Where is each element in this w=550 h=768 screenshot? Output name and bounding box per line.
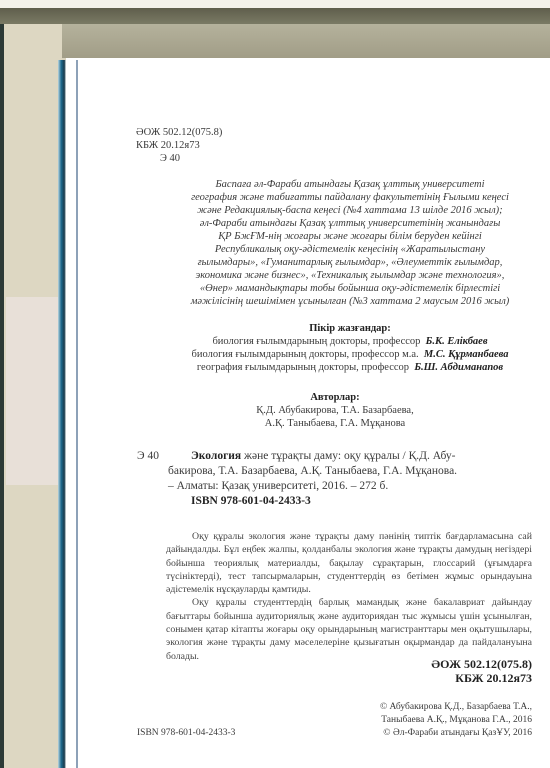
copyright-line: © Әл-Фараби атындағы ҚазҰУ, 2016 [300,727,532,740]
approval-line: әл-Фараби атындағы Қазақ ұлттық универси… [150,217,550,230]
reviewer-name: Б.Ш. Абдиманапов [414,362,503,373]
reviewer-line: биология ғылымдарының докторы, профессор… [150,348,550,361]
approval-line: экономика және бизнес», «Техникалық ғылы… [150,269,550,282]
reviewers-heading: Пікір жазғандар: [150,322,550,335]
approval-line: ғылымдары», «Гуманитарлық ғылымдар», «Әл… [150,256,550,269]
scan-left-edge [0,24,4,768]
lbc-code: КБЖ 20.12я73 [136,139,200,152]
abstract-paragraph: Оқу құралы экология және тұрақты даму пә… [166,530,532,596]
footer-isbn: ISBN 978-601-04-2433-3 [137,727,235,740]
scan-left-paper-fragment [6,297,58,485]
approval-line: Республикалық оқу-әдістемелік кеңесінің … [150,243,550,256]
approval-line: және Редакциялық-баспа кеңесі (№4 хаттам… [150,204,550,217]
bib-title-line: Экология және тұрақты даму: оқу құралы /… [191,450,455,463]
author-mark: Э 40 [160,152,180,165]
copyright-line: © Абубакирова Қ.Д., Базарбаева Т.А., [300,701,532,714]
lbc-bottom: КБЖ 20.12я73 [300,672,532,685]
reviewer-title: биология ғылымдарының докторы, профессор… [192,349,419,360]
udc-bottom: ӘОЖ 502.12(075.8) [300,658,532,671]
authors-heading: Авторлар: [175,391,495,404]
reviewer-title: география ғылымдарының докторы, профессо… [197,362,409,373]
authors-line: А.Қ. Таныбаева, Г.А. Мұқанова [175,417,495,430]
page-margin-line [76,60,78,768]
approval-line: ҚР БжҒМ-нің жоғары және жоғары білім бер… [150,230,550,243]
copyright-line: Таныбаева А.Қ., Мұқанова Г.А., 2016 [300,714,532,727]
reviewer-title: биология ғылымдарының докторы, профессор [212,336,420,347]
scan-top-edge [0,0,550,8]
reviewer-name: М.С. Құрманбаева [424,349,509,360]
reviewer-line: география ғылымдарының докторы, профессо… [150,361,550,374]
approval-line: «Өнер» мамандықтары тобы бойынша оқу-әді… [150,282,550,295]
abstract: Оқу құралы экология және тұрақты даму пә… [166,530,532,663]
bib-line: бакирова, Т.А. Базарбаева, А.Қ. Таныбаев… [168,465,457,478]
udc-code: ӘОЖ 502.12(075.8) [136,126,222,139]
scan-background-top [0,24,550,58]
bib-title-bold: Экология [191,450,241,462]
abstract-paragraph: Оқу құралы студенттердің барлық мамандық… [166,596,532,662]
authors-line: Қ.Д. Абубакирова, Т.А. Базарбаева, [175,404,495,417]
bib-title-rest: және тұрақты даму: оқу құралы / Қ.Д. Абу… [241,450,455,462]
bib-isbn: ISBN 978-601-04-2433-3 [191,495,311,508]
bib-line: – Алматы: Қазақ университеті, 2016. – 27… [168,480,388,493]
bib-code: Э 40 [137,450,159,463]
approval-line: Баспаға әл-Фараби атындағы Қазақ ұлттық … [150,178,550,191]
scan-binding-edge [58,60,66,768]
reviewer-name: Б.К. Елікбаев [426,336,488,347]
approval-line: мәжілісінің шешімімен ұсынылған (№3 хатт… [150,295,550,308]
scan-shadow-band [0,8,550,24]
reviewer-line: биология ғылымдарының докторы, профессор… [150,335,550,348]
approval-line: география және табиғатты пайдалану факул… [150,191,550,204]
